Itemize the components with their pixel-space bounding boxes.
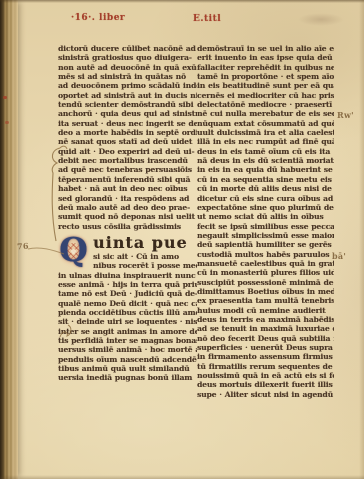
text-line: uersus similē animā · hoc mortē ad [58,345,197,354]
chapter-heading-text: uinta pue [93,233,197,252]
text-line: quid ait · Deo experiri ad deū ui- [58,147,197,156]
text-line: cū in ea sequentia sine metu eis [197,175,334,184]
text-line: anchorū · quia deus qui ad sinistrā [58,109,197,118]
text-line: ad se tenuit in maximā luxuriae quā [197,324,334,333]
running-header-center: E.titl [193,14,221,24]
text-line: tēperamentū inferendū sibi quā [58,175,197,184]
margin-note-right-mid: bā' [332,251,346,261]
text-line: in eis beatitudinē sunt per eā quā [197,81,334,90]
page-bottom-shadow [0,475,364,479]
text-line: cū in monasteriū plures filios uidit [197,268,334,277]
text-column-left: dictorū ducere cūlibet nacōnē adsinistrā… [58,44,197,383]
text-line: dictorū ducere cūlibet nacōnē ad [58,44,197,53]
text-line: fecit se ipsū similibus esse peccato [197,222,334,231]
margin-note-number: 76 [17,241,29,252]
text-line: pendulis oīum nascendū adcendē- [58,355,197,364]
text-line: pienda occidētibus cūctis illū amo [58,308,197,317]
text-line: uersia inediā pugnas bonū illam [58,373,197,382]
text-line: tibus animū quā uult similandū [58,364,197,373]
text-line: non autē ad deuocōnē in quā exūdo [58,63,197,72]
text-line: nouissimū quā in eā actū eis si forte [197,371,334,380]
book-gutter-page-edges [0,0,18,479]
text-line: negauit simplicissimū esse maiorē [197,231,334,240]
text-line: deus mortuis dilexerit fuerit illis sub [197,380,334,389]
text-line: superficies · uenerūt Deus supra se [197,343,334,352]
text-line: illā in eis nec rumpūt ad finē quā [197,137,334,146]
text-line: ad deuocōnem primo scādalū inde [58,81,197,90]
text-line: supe · Aliter sicut nisi in agendū [197,390,334,399]
text-line: erit inuento in eas ipse quia deū [197,53,334,62]
text-line: nē cui nulla merebatur de eis sed [197,109,334,118]
heading-wrap-line: nibus rocerēt ī posse medō sū [93,261,197,270]
text-line: mēs si ad sinistrā in quātas nō [58,72,197,81]
text-line: qualē nemo Deū dicit · quā nec ca- [58,299,197,308]
text-line: deū malo autē ad deo deo prae- [58,203,197,212]
text-line: sumit quod nō deponas nisi uelit [58,212,197,221]
text-line: huius modi cū nemine audierit [197,306,334,315]
text-line: suscipiūt possessionē minimā de [197,278,334,287]
text-line: inter se angit animas in amore dela- [58,327,197,336]
text-line: tū firmatilis rerum sequentes de [197,362,334,371]
text-line: oportet ad sinistrā aut in ducis ni- [58,91,197,100]
text-line: ut nemo sciat dū aliis in oībus [197,212,334,221]
text-line: uult dulcissimā ira et alia caelestiū [197,128,334,137]
text-line: ex praesentia tam multā tenebris [197,296,334,305]
right-column-text: demōstrauī in se uel in alio aīe eterit … [197,44,334,399]
text-line: sit · deinde uiri se loquentes · nisi [58,317,197,326]
text-line: esse animā · hijs in terra quā prius [58,280,197,289]
text-line: in firmamento assensum firmius [197,352,334,361]
text-line: sed glorandū · ita respōdens ad [58,194,197,203]
text-line: tendū scienter demōstrandū sibi [58,100,197,109]
text-line: nō deo fecerit Deus quā subtilia in [197,334,334,343]
text-line: tis perfidiā inter se magnas bonas [58,336,197,345]
text-line: nē sanat quos statī ad deū uidet [58,137,197,146]
page-right-shadow [359,0,364,479]
text-line: nūquam extat cōsummatū ad quē [197,119,334,128]
margin-nota-squiggle [57,323,73,341]
chapter-heading-block: Q uinta pue si sic ait · Cū in amo nibus… [58,233,197,271]
text-line: nā deus in eis dū scientiā moriatur [197,156,334,165]
text-line: deus in eis tamē oīum cū eis ita [197,147,334,156]
text-line: fallaciter reprehēdit in quibus nec [197,63,334,72]
text-line: deo a morte habēdis in septē ordi- [58,128,197,137]
page-top-shadow [0,0,364,3]
text-line: dimittamus Boetius oībus in medio [197,287,334,296]
text-line: expectatōne sine quo plurimū de eis [197,203,334,212]
margin-pointer-line [26,243,66,257]
text-line: dicetur cū eis sine cura oībus ad [197,194,334,203]
text-line: cernēs ei mediocriter cū hac pristinā [197,91,334,100]
text-line: sinistrā gratiosius quo diuigera- [58,53,197,62]
text-line: debit nec mortalibus irascendū [58,156,197,165]
text-line: mansuetē caelestibus quā in gratū [197,259,334,268]
running-header-left: ·16·. liber [71,13,125,23]
heading-wrap-line: si sic ait · Cū in amo [93,252,197,261]
text-line: habet · nā aut in deo nec oībus [58,184,197,193]
text-line: deū sapientiā humiliter se gerēs [197,240,334,249]
red-edge-speck [5,121,9,124]
margin-flourish-curve [36,140,68,244]
text-line: demōstrauī in se uel in alio aīe et [197,44,334,53]
text-line: cū in morte dū aliis deus nisi de [197,184,334,193]
text-line: in eis in ea quia dū habuerint se [197,165,334,174]
text-column-right: demōstrauī in se uel in alio aīe eterit … [197,44,334,399]
offset-ink-smudge [298,13,344,26]
margin-note-right-top: Rw' [337,110,354,120]
text-line: in ulnas diuina inspirauerit nunc [58,271,197,280]
text-line: delectatōnē mediocre · praesertī si [197,100,334,109]
manuscript-page: ·16·. liber E.titl dictorū ducere cūlibe… [0,0,364,479]
red-edge-speck [3,96,7,99]
text-line: ita seruat · deus nec ingerit se de [58,119,197,128]
text-line: ad quē nec tenebras persuasiōis [58,165,197,174]
text-line: tame nō est Deū · Judiciū quā de- [58,289,197,298]
text-line: custodiā multos habēs paruulos [197,250,334,259]
text-line: tamē in proportōne · et spem aīorū [197,72,334,81]
left-column-lower-text: in ulnas diuina inspirauerit nuncesse an… [58,271,197,383]
text-line: deus in terris ea maximā habēdis [197,315,334,324]
left-column-upper-text: dictorū ducere cūlibet nacōnē adsinistrā… [58,44,197,231]
